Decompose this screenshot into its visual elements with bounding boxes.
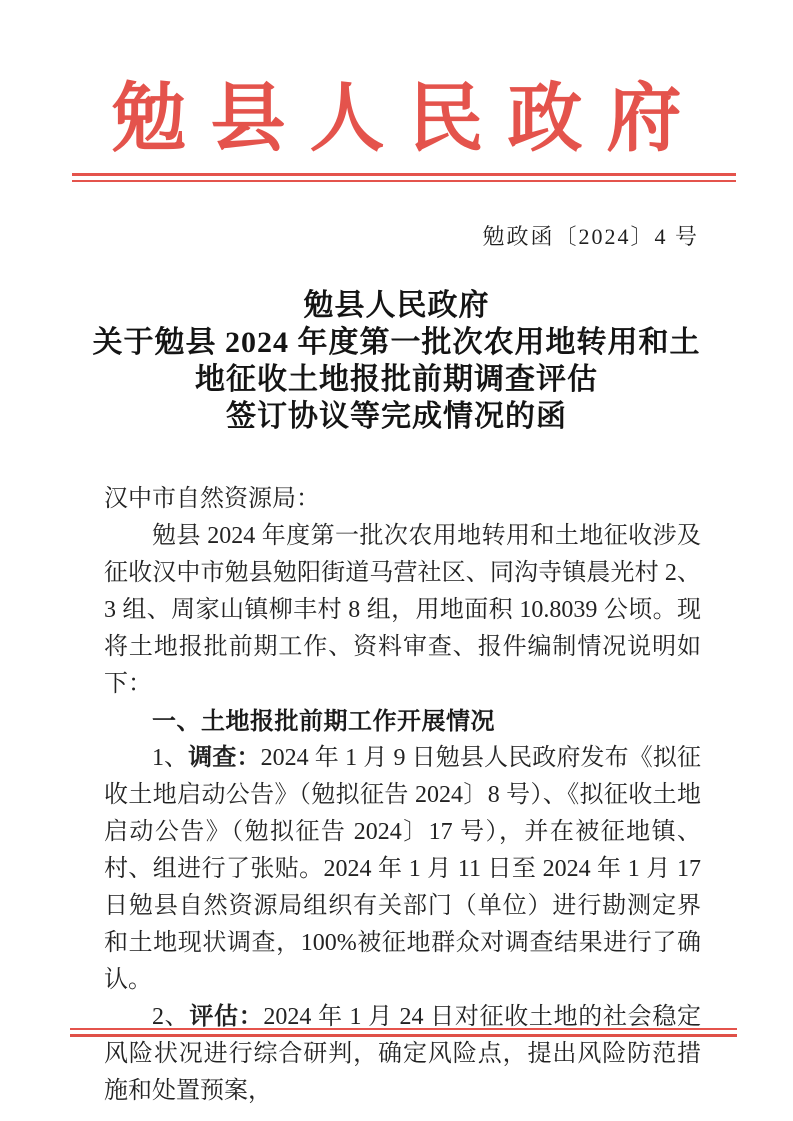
intro-paragraph: 勉县 2024 年度第一批次农用地转用和土地征收涉及征收汉中市勉县勉阳街道马营社… [104, 518, 701, 703]
letter-body: 汉中市自然资源局： 勉县 2024 年度第一批次农用地转用和土地征收涉及征收汉中… [104, 481, 701, 1110]
document-number: 勉政函〔2024〕4 号 [482, 220, 699, 251]
item-1-paragraph: 1、调查：2024 年 1 月 9 日勉县人民政府发布《拟征收土地启动公告》（勉… [104, 740, 701, 999]
item-1-prefix: 1、 [152, 745, 188, 771]
item-1-text: 2024 年 1 月 9 日勉县人民政府发布《拟征收土地启动公告》（勉拟征告 2… [104, 745, 701, 993]
section-1-heading: 一、土地报批前期工作开展情况 [104, 703, 701, 740]
document-title-line-1: 勉县人民政府 [0, 287, 793, 324]
item-2-prefix: 2、 [152, 1004, 189, 1030]
item-1-label: 调查： [188, 745, 260, 771]
item-2-label: 评估： [189, 1004, 263, 1030]
salutation: 汉中市自然资源局： [104, 481, 701, 518]
official-letter-page: 勉县人民政府 勉政函〔2024〕4 号 勉县人民政府 关于勉县 2024 年度第… [0, 0, 793, 1121]
footer-double-rule [70, 1028, 737, 1037]
masthead-agency-name: 勉县人民政府 [87, 82, 705, 157]
document-title-line-4: 签订协议等完成情况的函 [0, 398, 793, 435]
masthead-double-rule [72, 173, 736, 182]
document-title-line-3: 地征收土地报批前期调查评估 [0, 361, 793, 398]
masthead-rule-thin [72, 180, 736, 182]
masthead: 勉县人民政府 [0, 82, 793, 157]
item-2-paragraph: 2、评估：2024 年 1 月 24 日对征收土地的社会稳定风险状况进行综合研判… [104, 999, 701, 1110]
footer-rule-thick [70, 1034, 737, 1037]
document-title: 勉县人民政府 关于勉县 2024 年度第一批次农用地转用和土 地征收土地报批前期… [0, 287, 793, 435]
document-title-line-2: 关于勉县 2024 年度第一批次农用地转用和土 [0, 324, 793, 361]
